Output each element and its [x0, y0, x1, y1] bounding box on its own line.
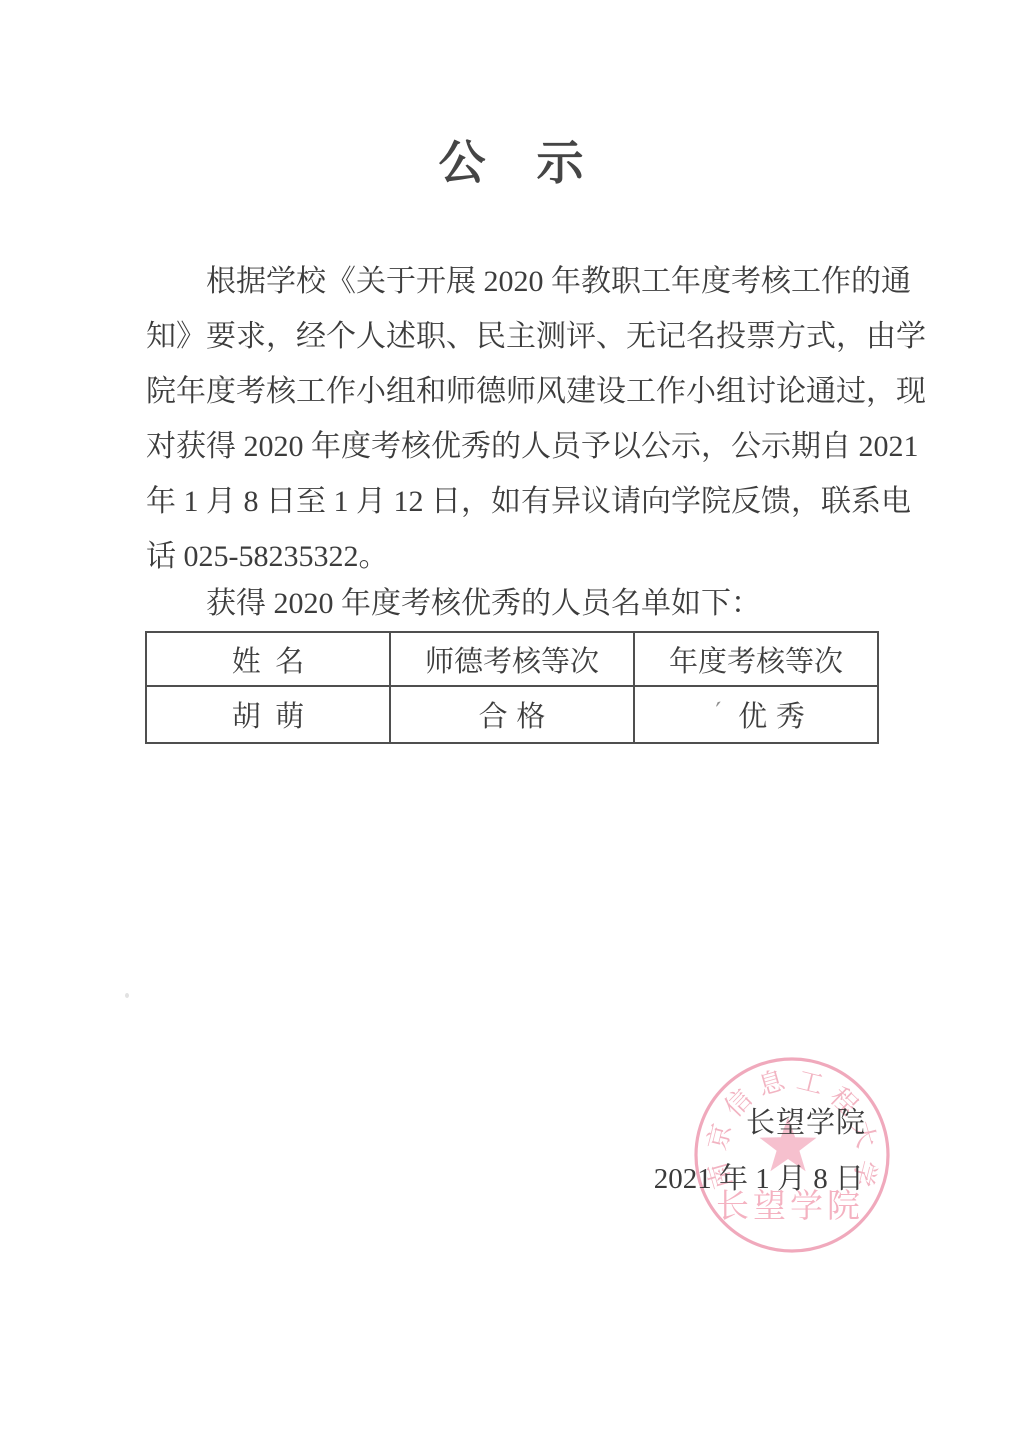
body-line: 话 025-58235322。	[146, 529, 882, 584]
pen-tick-mark: ˊ	[704, 694, 737, 729]
cell-annual-grade: ˊ优秀	[634, 686, 878, 743]
page-title: 公 示	[0, 126, 1024, 193]
header-annual-grade: 年度考核等次	[634, 632, 878, 686]
header-ethics-grade: 师德考核等次	[390, 632, 634, 686]
header-name: 姓名	[146, 632, 390, 686]
scan-speckle	[125, 993, 129, 998]
cell-ethics-grade: 合格	[390, 686, 634, 743]
announcement-page: 公 示 根据学校《关于开展 2020 年教职工年度考核工作的通 知》要求，经个人…	[0, 0, 1024, 1448]
signature-date: 2021 年 1 月 8 日	[0, 1156, 864, 1197]
body-line: 根据学校《关于开展 2020 年教职工年度考核工作的通	[146, 254, 882, 309]
signature-org: 长望学院	[0, 1100, 866, 1141]
roster-table: 姓名 师德考核等次 年度考核等次 胡萌 合格 ˊ优秀	[145, 631, 879, 744]
svg-text:息: 息	[755, 1066, 789, 1101]
body-line: 年 1 月 8 日至 1 月 12 日，如有异议请向学院反馈，联系电	[146, 474, 882, 529]
body-line: 知》要求，经个人述职、民主测评、无记名投票方式，由学	[146, 309, 882, 364]
body-line: 对获得 2020 年度考核优秀的人员予以公示，公示期自 2021	[146, 419, 882, 474]
roster-data-row: 胡萌 合格 ˊ优秀	[146, 686, 878, 743]
announcement-body: 根据学校《关于开展 2020 年教职工年度考核工作的通 知》要求，经个人述职、民…	[146, 254, 882, 584]
official-seal: 南 京 信 息 工 程 大 学 长望学院	[680, 1043, 904, 1267]
svg-text:工: 工	[794, 1065, 826, 1099]
annual-grade-text: 优秀	[738, 701, 813, 733]
body-line: 院年度考核工作小组和师德师风建设工作小组讨论通过，现	[146, 364, 882, 419]
cell-name: 胡萌	[146, 686, 390, 743]
roster-header-row: 姓名 师德考核等次 年度考核等次	[146, 632, 878, 686]
roster-intro: 获得 2020 年度考核优秀的人员名单如下：	[146, 584, 882, 624]
